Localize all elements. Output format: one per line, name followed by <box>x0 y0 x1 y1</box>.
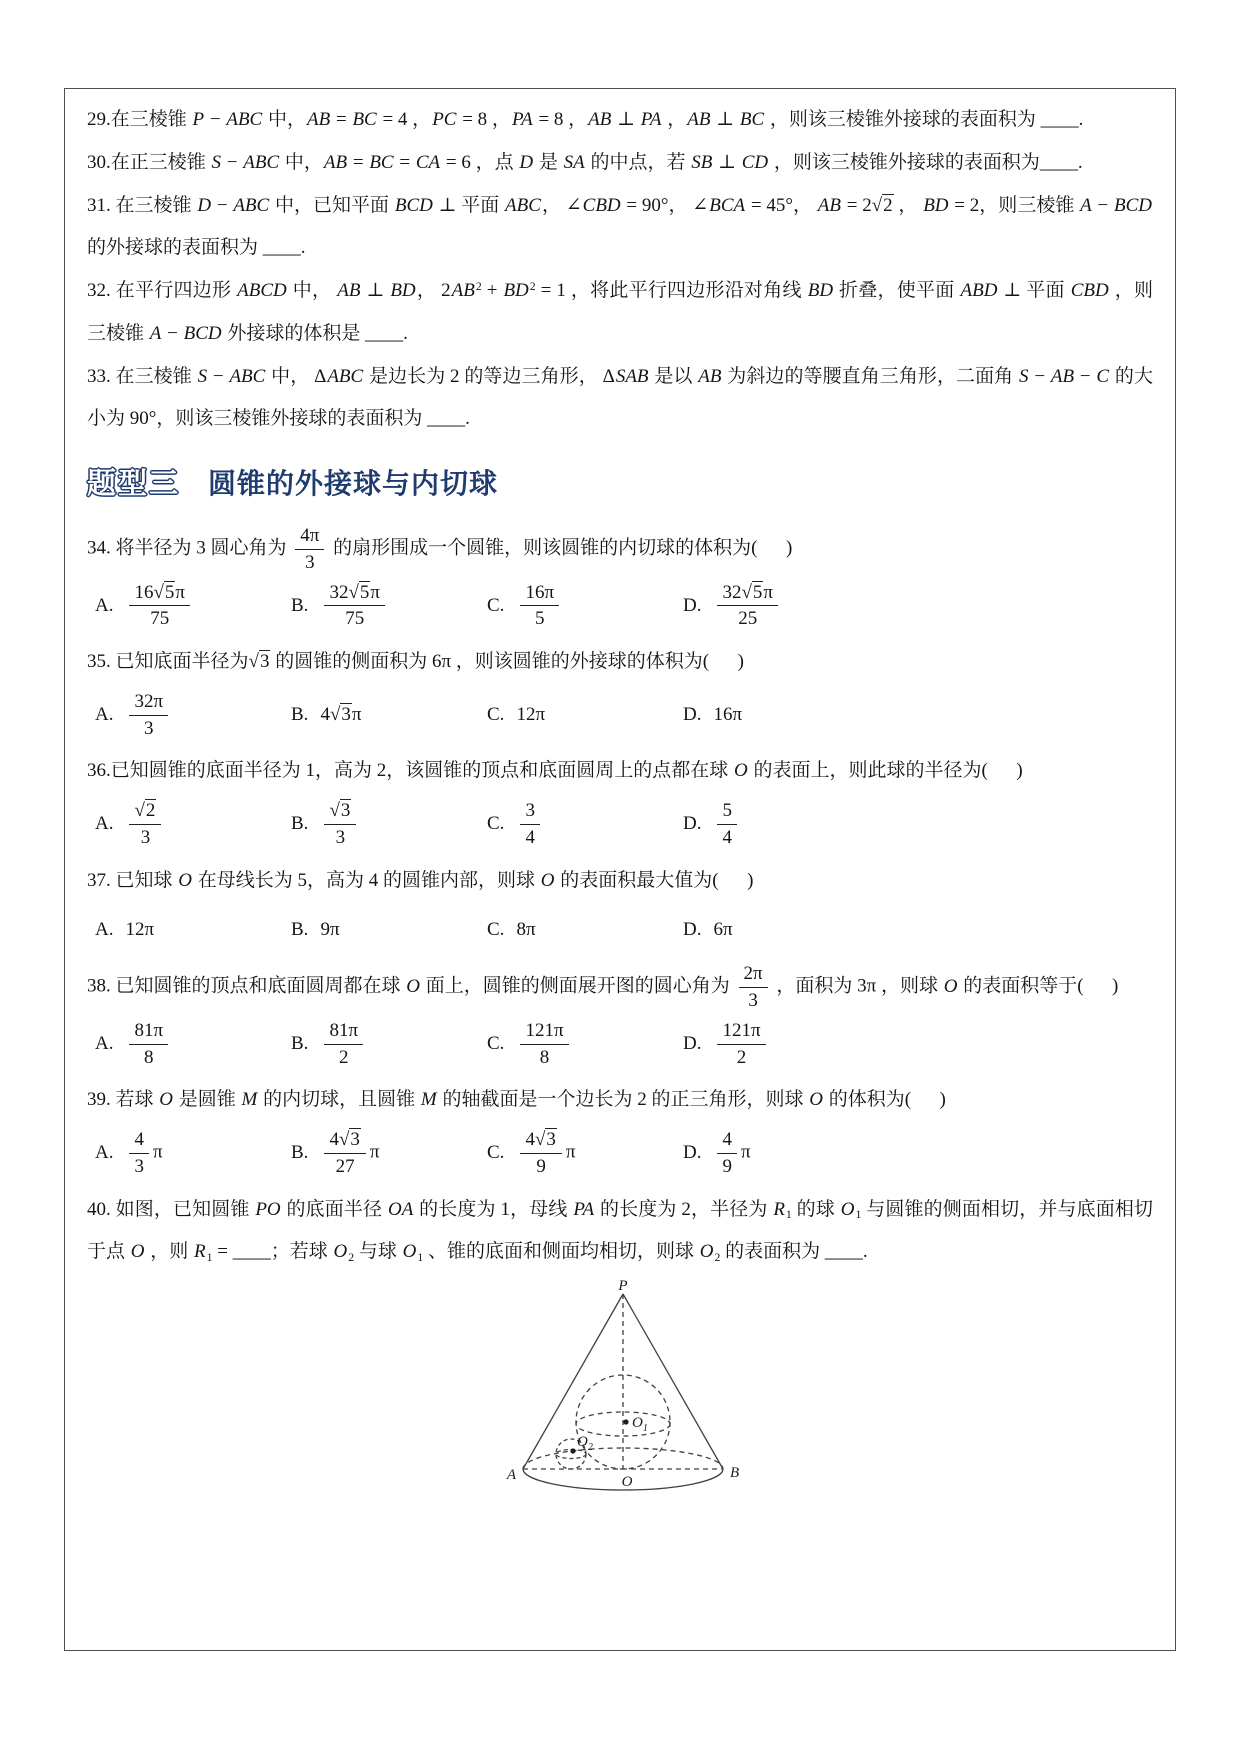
problem-36: 36.已知圆锥的底面半径为 1，高为 2，该圆锥的顶点和底面圆周上的点都在球 O… <box>87 750 1153 849</box>
option-c-label: C. <box>487 919 504 941</box>
problem-37-text: 37. 已知球 O 在母线长为 5，高为 4 的圆锥内部，则球 O 的表面积最大… <box>87 860 1153 903</box>
option-b-value: 32√5π75 <box>320 581 389 632</box>
section-title: 圆锥的外接球与内切球 <box>208 462 498 502</box>
option-c-value: 34 <box>516 799 544 850</box>
option-c-value: 12π <box>516 704 545 726</box>
option-c-label: C. <box>487 813 504 835</box>
apex-label: P <box>617 1278 627 1294</box>
option-d-value: 49π <box>713 1128 750 1179</box>
problem-36-text: 36.已知圆锥的底面半径为 1，高为 2，该圆锥的顶点和底面圆周上的点都在球 O… <box>87 750 1153 793</box>
option-b-label: B. <box>291 595 308 617</box>
option-c: C.121π8 <box>487 1019 683 1070</box>
problem-31-text: 31. 在三棱锥 D − ABC 中，已知平面 BCD ⊥ 平面 ABC， ∠C… <box>87 185 1153 271</box>
option-c-value: 121π8 <box>516 1019 572 1070</box>
option-b-label: B. <box>291 813 308 835</box>
option-d-label: D. <box>683 919 701 941</box>
option-c: C.4√39π <box>487 1128 683 1179</box>
option-b: B.√33 <box>291 799 487 850</box>
option-a: A.12π <box>95 919 291 941</box>
option-c-label: C. <box>487 1033 504 1055</box>
section-header: 题型三 圆锥的外接球与内切球 <box>87 461 1153 502</box>
problem-35-options: A.32π3 B.4√3π C.12π D.16π <box>87 690 1153 741</box>
option-d-value: 32√5π25 <box>713 581 782 632</box>
option-a-value: √23 <box>125 799 165 850</box>
problem-37-options: A.12π B.9π C.8π D.6π <box>87 908 1153 952</box>
option-a: A.32π3 <box>95 690 291 741</box>
problem-35: 35. 已知底面半径为√3 的圆锥的侧面积为 6π ，则该圆锥的外接球的体积为(… <box>87 641 1153 740</box>
base-center-label: O <box>622 1474 633 1490</box>
problem-29: 29.在三棱锥 P − ABC 中，AB = BC = 4 ，PC = 8 ，P… <box>87 99 1153 142</box>
option-d-label: D. <box>683 813 701 835</box>
option-a-label: A. <box>95 595 113 617</box>
option-a-value: 12π <box>125 919 154 941</box>
problem-35-text: 35. 已知底面半径为√3 的圆锥的侧面积为 6π ，则该圆锥的外接球的体积为(… <box>87 641 1153 684</box>
option-b-label: B. <box>291 1142 308 1164</box>
o1-dot <box>623 1419 628 1424</box>
problem-31: 31. 在三棱锥 D − ABC 中，已知平面 BCD ⊥ 平面 ABC， ∠C… <box>87 185 1153 271</box>
problem-29-text: 29.在三棱锥 P − ABC 中，AB = BC = 4 ，PC = 8 ，P… <box>87 99 1153 142</box>
problem-34: 34. 将半径为 3 圆心角为 4π3 的扇形围成一个圆锥，则该圆锥的内切球的体… <box>87 524 1153 631</box>
right-base-label: B <box>730 1465 739 1481</box>
option-d-value: 6π <box>713 919 732 941</box>
option-d: D.54 <box>683 799 741 850</box>
option-d-label: D. <box>683 704 701 726</box>
option-c: C.8π <box>487 919 683 941</box>
problem-32: 32. 在平行四边形 ABCD 中， AB ⊥ BD， 2AB2 + BD2 =… <box>87 270 1153 356</box>
option-b-value: √33 <box>320 799 360 850</box>
cone-right-side <box>623 1294 723 1469</box>
option-d-value: 16π <box>713 704 742 726</box>
option-d: D.32√5π25 <box>683 581 782 632</box>
problem-33-text: 33. 在三棱锥 S − ABC 中， ΔABC 是边长为 2 的等边三角形， … <box>87 356 1153 442</box>
option-a-label: A. <box>95 1033 113 1055</box>
option-c-value: 4√39π <box>516 1128 575 1179</box>
option-d-label: D. <box>683 595 701 617</box>
option-b-label: B. <box>291 1033 308 1055</box>
option-d-label: D. <box>683 1033 701 1055</box>
option-b: B.32√5π75 <box>291 581 487 632</box>
option-b-label: B. <box>291 919 308 941</box>
option-b: B.4√3π <box>291 704 487 726</box>
cone-diagram: P A B O O1 O2 <box>480 1278 760 1508</box>
section-badge: 题型三 <box>87 461 180 502</box>
option-c-label: C. <box>487 704 504 726</box>
worksheet-page: 29.在三棱锥 P − ABC 中，AB = BC = 4 ，PC = 8 ，P… <box>64 88 1176 1651</box>
problem-38: 38. 已知圆锥的顶点和底面圆周都在球 O 面上，圆锥的侧面展开图的圆心角为 2… <box>87 962 1153 1069</box>
option-a-value: 32π3 <box>125 690 172 741</box>
cone-figure-container: P A B O O1 O2 <box>87 1278 1153 1513</box>
option-c-label: C. <box>487 1142 504 1164</box>
option-d: D.16π <box>683 704 742 726</box>
option-b: B.4√327π <box>291 1128 487 1179</box>
problem-40-text: 40. 如图，已知圆锥 PO 的底面半径 OA 的长度为 1，母线 PA 的长度… <box>87 1189 1153 1275</box>
option-a: A.81π8 <box>95 1019 291 1070</box>
option-a: A.16√5π75 <box>95 581 291 632</box>
option-c: C.16π5 <box>487 581 683 632</box>
problem-38-options: A.81π8 B.81π2 C.121π8 D.121π2 <box>87 1019 1153 1070</box>
option-d-value: 121π2 <box>713 1019 769 1070</box>
o2-dot <box>570 1448 575 1453</box>
option-a: A.43π <box>95 1128 291 1179</box>
option-b-value: 9π <box>320 919 339 941</box>
option-c-label: C. <box>487 595 504 617</box>
option-c: C.12π <box>487 704 683 726</box>
option-a-value: 43π <box>125 1128 162 1179</box>
problem-33: 33. 在三棱锥 S − ABC 中， ΔABC 是边长为 2 的等边三角形， … <box>87 356 1153 442</box>
option-a: A.√23 <box>95 799 291 850</box>
option-a-label: A. <box>95 704 113 726</box>
problem-39-options: A.43π B.4√327π C.4√39π D.49π <box>87 1128 1153 1179</box>
option-b: B.9π <box>291 919 487 941</box>
option-b-value: 4√3π <box>320 704 361 726</box>
problem-36-options: A.√23 B.√33 C.34 D.54 <box>87 799 1153 850</box>
option-d: D.121π2 <box>683 1019 770 1070</box>
problem-40: 40. 如图，已知圆锥 PO 的底面半径 OA 的长度为 1，母线 PA 的长度… <box>87 1189 1153 1514</box>
problem-32-text: 32. 在平行四边形 ABCD 中， AB ⊥ BD， 2AB2 + BD2 =… <box>87 270 1153 356</box>
problem-39: 39. 若球 O 是圆锥 M 的内切球，且圆锥 M 的轴截面是一个边长为 2 的… <box>87 1079 1153 1178</box>
option-a-value: 81π8 <box>125 1019 172 1070</box>
option-d-label: D. <box>683 1142 701 1164</box>
option-d-value: 54 <box>713 799 741 850</box>
cone-left-side <box>523 1294 623 1469</box>
option-b-label: B. <box>291 704 308 726</box>
option-c-value: 8π <box>516 919 535 941</box>
problem-38-text: 38. 已知圆锥的顶点和底面圆周都在球 O 面上，圆锥的侧面展开图的圆心角为 2… <box>87 962 1153 1013</box>
option-c: C.34 <box>487 799 683 850</box>
problem-30: 30.在正三棱锥 S − ABC 中，AB = BC = CA = 6 ，点 D… <box>87 142 1153 185</box>
option-b-value: 4√327π <box>320 1128 379 1179</box>
problem-30-text: 30.在正三棱锥 S − ABC 中，AB = BC = CA = 6 ，点 D… <box>87 142 1153 185</box>
problem-34-options: A.16√5π75 B.32√5π75 C.16π5 D.32√5π25 <box>87 581 1153 632</box>
option-d: D.6π <box>683 919 733 941</box>
option-a-label: A. <box>95 813 113 835</box>
option-c-value: 16π5 <box>516 581 563 632</box>
option-d: D.49π <box>683 1128 751 1179</box>
option-a-label: A. <box>95 1142 113 1164</box>
option-b-value: 81π2 <box>320 1019 367 1070</box>
problem-34-text: 34. 将半径为 3 圆心角为 4π3 的扇形围成一个圆锥，则该圆锥的内切球的体… <box>87 524 1153 575</box>
option-a-value: 16√5π75 <box>125 581 194 632</box>
option-b: B.81π2 <box>291 1019 487 1070</box>
problem-39-text: 39. 若球 O 是圆锥 M 的内切球，且圆锥 M 的轴截面是一个边长为 2 的… <box>87 1079 1153 1122</box>
problem-37: 37. 已知球 O 在母线长为 5，高为 4 的圆锥内部，则球 O 的表面积最大… <box>87 860 1153 953</box>
left-base-label: A <box>506 1467 517 1483</box>
option-a-label: A. <box>95 919 113 941</box>
o1-label: O1 <box>632 1415 648 1434</box>
